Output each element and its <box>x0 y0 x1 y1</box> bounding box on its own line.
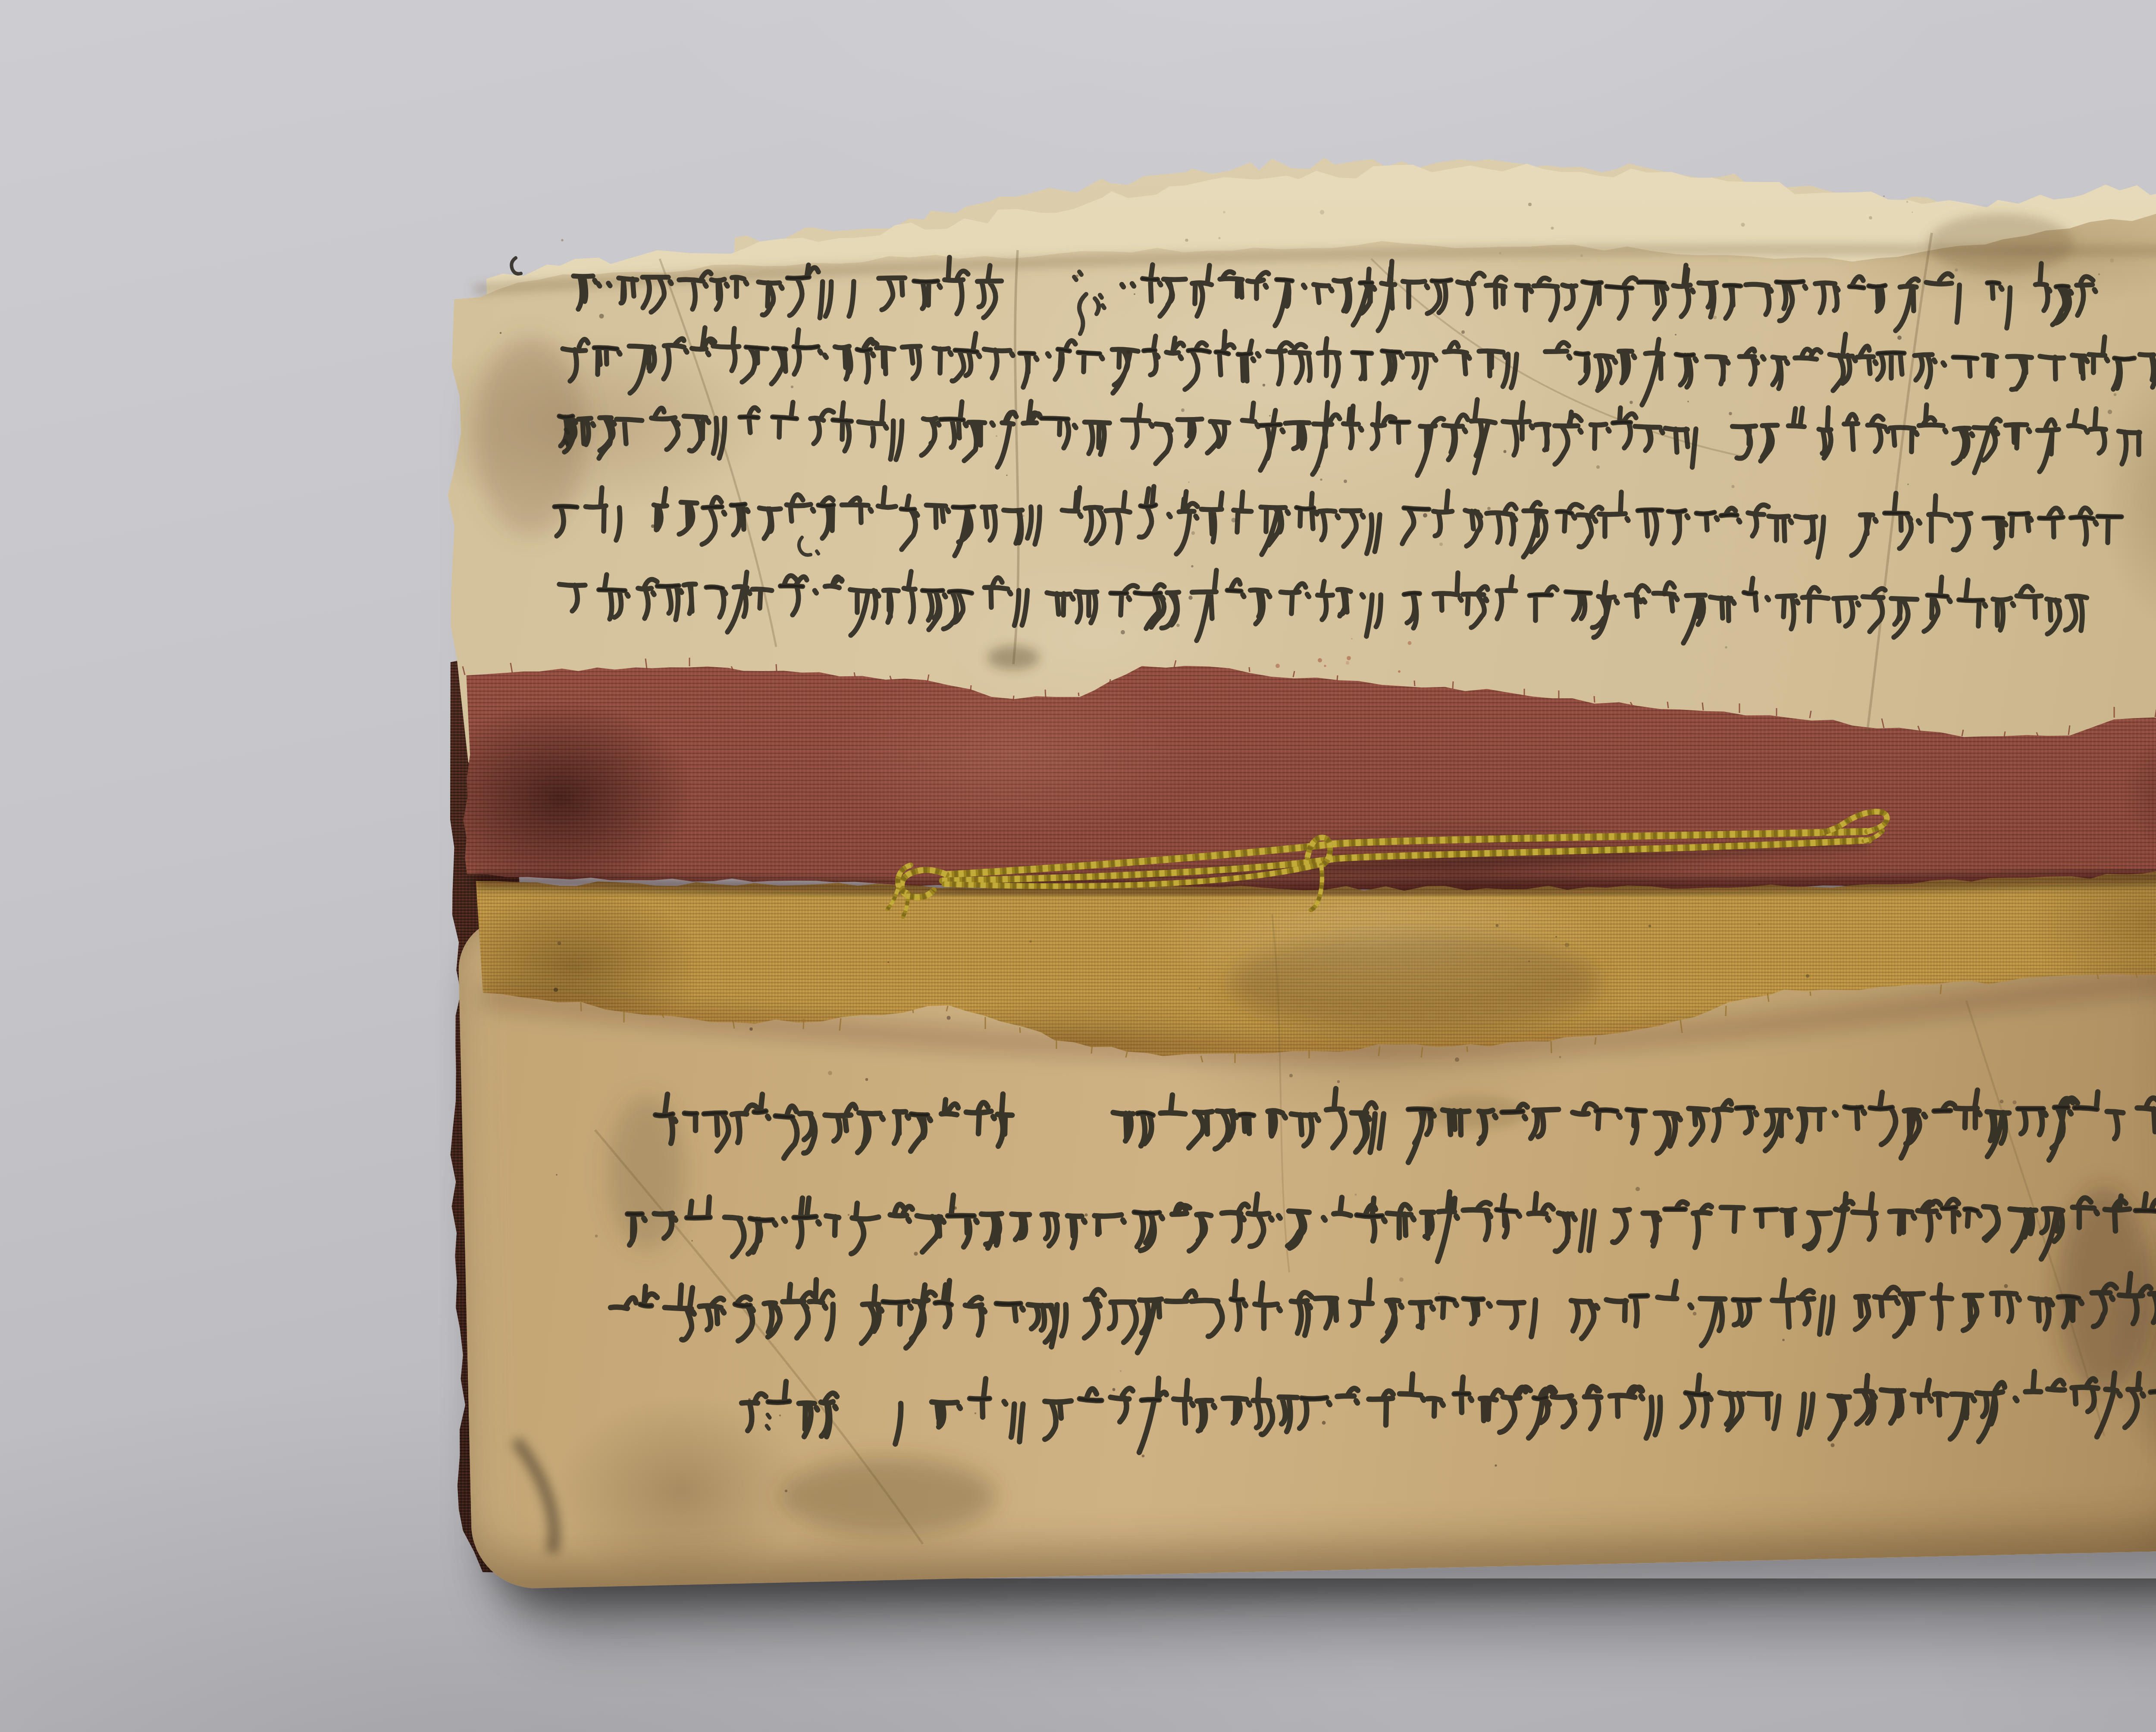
cloth-seam-shadows <box>474 248 2156 1553</box>
tibetan-text-top-page <box>511 257 2156 643</box>
tibetan-text-bottom-page <box>611 1089 2156 1452</box>
binding-cord <box>887 812 1887 917</box>
manuscript-photo <box>0 0 2156 1732</box>
ink-and-cord-overlay <box>0 0 2156 1732</box>
stains-layer <box>474 213 2156 1535</box>
